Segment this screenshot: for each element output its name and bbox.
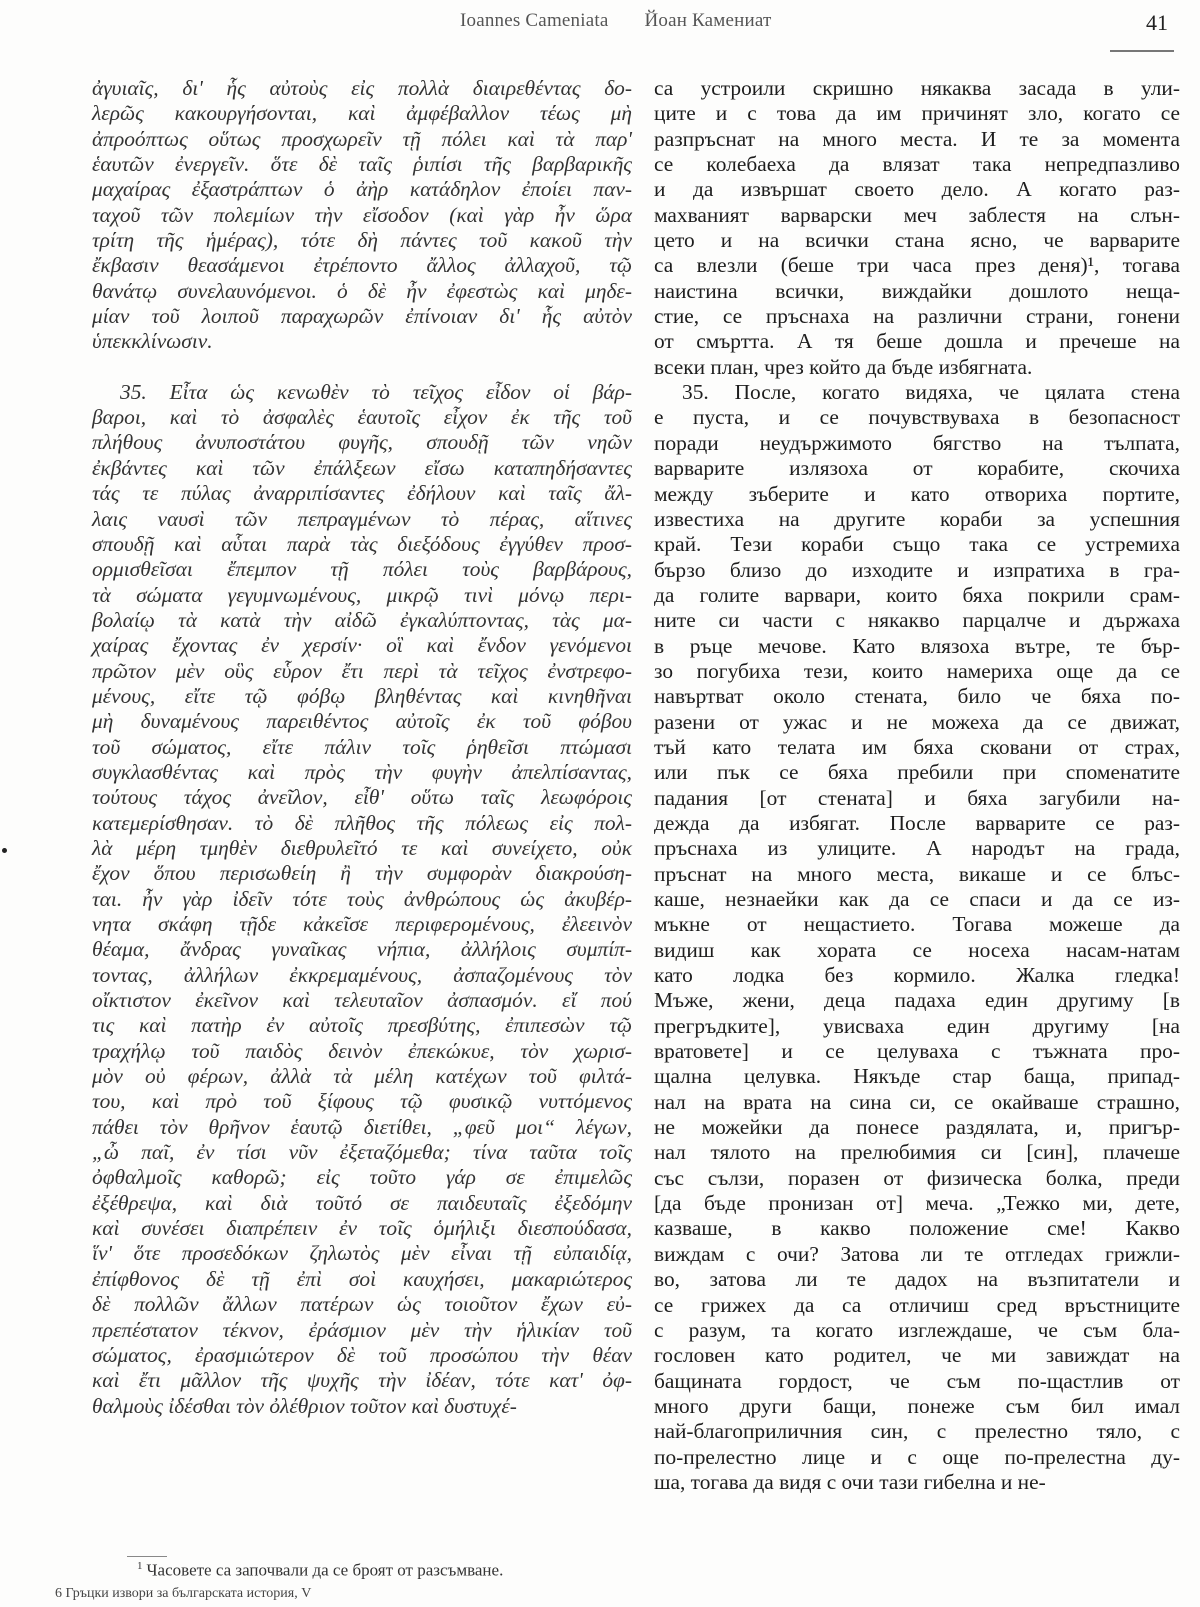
text-line: разени от ужас и не можеха да се движат, bbox=[654, 710, 1180, 735]
text-line: са влезли (беше три часа през деня)¹, то… bbox=[654, 253, 1180, 278]
text-line: [да бъде пронизан от] меча. „Тежко ми, д… bbox=[654, 1191, 1180, 1216]
text-line: по-прелестно лице и с още по-прелестна д… bbox=[654, 1445, 1180, 1470]
text-line: край. Тези кораби също така се устремиха bbox=[654, 532, 1180, 557]
text-line: да голите варвари, които бяха покрили ср… bbox=[654, 583, 1180, 608]
text-line: видиш как хората се носеха насам-натам bbox=[654, 938, 1180, 963]
paragraph-gap bbox=[92, 355, 632, 380]
text-line: τούτους τάχος ἀνεῖλον, εἶθ' οὕτω ταῖς λε… bbox=[92, 785, 632, 810]
text-line: 35. Εἶτα ὡς κενωθὲν τὸ τεῖχος εἶδον οἱ β… bbox=[92, 380, 632, 405]
text-line: разпръснат на много места. И те за момен… bbox=[654, 127, 1180, 152]
text-line: вратовете] и се целуваха с тъжната про- bbox=[654, 1039, 1180, 1064]
text-line: τὰ σώματα γεγυμνωμένους, μικρῷ τινὶ μόνῳ… bbox=[92, 583, 632, 608]
text-line: τοντας, ἀλλήλων ἐκκρεμαμένους, ἀσπαζομέν… bbox=[92, 963, 632, 988]
text-line: нал на врата на сина си, се окайваше стр… bbox=[654, 1090, 1180, 1115]
text-line: стие, се пръснаха на различни страни, го… bbox=[654, 304, 1180, 329]
text-line: ται. ἦν γὰρ ἰδεῖν τότε τοὺς ἀνθρώπους ὡς… bbox=[92, 887, 632, 912]
running-head-cyrillic: Йоан Камениат bbox=[644, 10, 771, 31]
text-line: „ὦ παῖ, ἐν τίσι νῦν ἐξεταζόμεθα; τίνα τα… bbox=[92, 1140, 632, 1165]
text-line: ἔκβασιν θεασάμενοι ἐτρέποντο ἄλλος ἀλλαχ… bbox=[92, 253, 632, 278]
running-head: Ioannes CameniataЙоан Камениат bbox=[460, 10, 808, 32]
text-line: мъкне от нещастието. Тогава можеше да bbox=[654, 912, 1180, 937]
text-line: 35. После, когато видяха, че цялата стен… bbox=[654, 380, 1180, 405]
text-line: най-благоприличния син, с прелестно тяло… bbox=[654, 1419, 1180, 1444]
text-line: дежда да избягат. После варварите се раз… bbox=[654, 811, 1180, 836]
text-line: ὑπεκκλίνωσιν. bbox=[92, 329, 632, 354]
text-line: каше, незнаейки как да се спаси и да се … bbox=[654, 887, 1180, 912]
page-header: Ioannes CameniataЙоан Камениат 41 bbox=[0, 8, 1200, 38]
text-line: между зъберите и като отвориха портите, bbox=[654, 482, 1180, 507]
text-line: λαις ναυσὶ τῶν πεπραγμένων τὸ πέρας, αἵτ… bbox=[92, 507, 632, 532]
text-line: са устроили скришно някаква засада в ули… bbox=[654, 76, 1180, 101]
text-line: καὶ συνέσει διαπρέπειν ἐν τοῖς ὁμήλιξι δ… bbox=[92, 1216, 632, 1241]
footnote-marker: 1 bbox=[137, 1560, 143, 1572]
greek-paragraph-35: 35. Εἶτα ὡς κενωθὲν τὸ τεῖχος εἶδον οἱ β… bbox=[92, 380, 632, 1419]
text-line: пръснат на много места, викаше и се блъс… bbox=[654, 862, 1180, 887]
text-line: прегръдките], увисваха един другиму [на bbox=[654, 1014, 1180, 1039]
text-line: или пък се бяха пребили при споменатите bbox=[654, 760, 1180, 785]
text-line: не можейки да понесе раздялата, и, пригъ… bbox=[654, 1115, 1180, 1140]
text-line: навъртват около стената, било че бяха по… bbox=[654, 684, 1180, 709]
text-line: πάθει τὸν θρῆνον ἑαυτῷ διετίθει, „φεῦ μο… bbox=[92, 1115, 632, 1140]
bulgarian-paragraph-34-end: са устроили скришно някаква засада в ули… bbox=[654, 76, 1180, 380]
text-line: τάς τε πύλας ἀναρριπίσαντες ἐδήλουν καὶ … bbox=[92, 481, 632, 506]
text-line: от смъртта. А тя беше дошла и пречеше на bbox=[654, 329, 1180, 354]
text-line: ἀγυιαῖς, δι' ἧς αὐτοὺς εἰς πολλὰ διαιρεθ… bbox=[92, 76, 632, 101]
text-line: със сълзи, поразен от физическа болка, п… bbox=[654, 1166, 1180, 1191]
text-line: Мъже, жени, деца падаха един другиму [в bbox=[654, 988, 1180, 1013]
text-line: μὴ δυναμένους παρειθέντος αὐτοῖς ἐκ τοῦ … bbox=[92, 709, 632, 734]
text-line: в ръце мечове. Като влязоха вътре, те бъ… bbox=[654, 634, 1180, 659]
text-line: ἐξέθρεψα, καὶ διὰ τοῦτό σε παιδευταῖς ἐξ… bbox=[92, 1191, 632, 1216]
text-line: δὲ πολλῶν ἄλλων πατέρων ὡς τοιοῦτον ἔχων… bbox=[92, 1292, 632, 1317]
text-line: μὸν οὐ φέρων, ἀλλὰ τὰ μέλη κατέχων τοῦ φ… bbox=[92, 1064, 632, 1089]
page-number: 41 bbox=[1146, 10, 1168, 36]
text-line: и да извършат своето дело. А когато раз- bbox=[654, 177, 1180, 202]
text-line: ἑαυτῶν ἐνεργεῖν. ὅτε δὲ ταῖς ῥιπίσι τῆς … bbox=[92, 152, 632, 177]
text-line: ните си части с някакво парцалче и държа… bbox=[654, 608, 1180, 633]
text-line: зо погубиха тези, които намериха още да … bbox=[654, 659, 1180, 684]
text-line: е пуста, и се почувствуваха в безопаснос… bbox=[654, 405, 1180, 430]
running-head-latin: Ioannes Cameniata bbox=[460, 10, 608, 31]
text-line: σώματος, ἐρασμιώτερον δὲ τοῦ προσώπου τὴ… bbox=[92, 1343, 632, 1368]
text-line: νητα σκάφη τῇδε κἀκεῖσε περιφερομένους, … bbox=[92, 912, 632, 937]
bulgarian-text-column: са устроили скришно някаква засада в ули… bbox=[654, 76, 1180, 1495]
text-line: като лодка без кормило. Жалка гледка! bbox=[654, 963, 1180, 988]
text-line: τις καὶ πατὴρ ἐν αὐτοῖς πρεσβύτης, ἐπιπε… bbox=[92, 1013, 632, 1038]
text-line: καὶ ἔτι μᾶλλον τῆς ψυχῆς τὴν ἰδέαν, τότε… bbox=[92, 1368, 632, 1393]
text-line: цето и на всички стана ясно, че варварит… bbox=[654, 228, 1180, 253]
text-line: много други бащи, понеже съм бил имал bbox=[654, 1394, 1180, 1419]
text-line: ἀπροόπτως οὕτως προσχωρεῖν τῇ πόλει καὶ … bbox=[92, 127, 632, 152]
text-line: τραχήλῳ τοῦ παιδὸς δεινὸν ἐπεκώκυε, τὸν … bbox=[92, 1039, 632, 1064]
greek-paragraph-34-end: ἀγυιαῖς, δι' ἧς αὐτοὺς εἰς πολλὰ διαιρεθ… bbox=[92, 76, 632, 355]
text-line: бързо близо до изходите и изпратиха в гр… bbox=[654, 558, 1180, 583]
text-line: πρῶτον μὲν οὓς εὗρον ἔτι περὶ τὰ τεῖχος … bbox=[92, 659, 632, 684]
text-line: всеки план, чрез който да бъде избягната… bbox=[654, 355, 1180, 380]
text-line: казваше, в какво положение сме! Какво bbox=[654, 1216, 1180, 1241]
text-line: махваният варварски меч заблестя на слън… bbox=[654, 203, 1180, 228]
text-line: θέαμα, ἄνδρας γυναῖκας νήπια, ἀλλήλοις σ… bbox=[92, 937, 632, 962]
text-line: μένους, εἴτε τῷ φόβῳ βληθέντας καὶ κινηθ… bbox=[92, 684, 632, 709]
text-line: τοῦ σώματος, εἴτε πάλιν τοῖς ῥηθεῖσι πτώ… bbox=[92, 735, 632, 760]
text-line: ἵν' ὅτε προσεδόκων ζηλωτὸς μὲν εἶναι τῇ … bbox=[92, 1241, 632, 1266]
text-line: πρεπέστατον τέκνον, ἐράσμιον μὲν τὴν ἡλι… bbox=[92, 1318, 632, 1343]
text-line: χαίρας ἔχοντας ἐν χερσίν· οἳ καὶ ἔνδον γ… bbox=[92, 633, 632, 658]
text-line: ἐκβάντες καὶ τῶν ἐπάλξεων εἴσω καταπηδήσ… bbox=[92, 456, 632, 481]
text-line: του, καὶ πρὸ τοῦ ξίφους τῷ φυσικῷ νυττόμ… bbox=[92, 1089, 632, 1114]
text-line: λερῶς κακουργήσονται, καὶ ἀμφέβαλλον τέω… bbox=[92, 101, 632, 126]
text-line: τρίτη τῆς ἡμέρας), τότε δὴ πάντες τοῦ κα… bbox=[92, 228, 632, 253]
text-line: се колебаеха да влязат така непредпазлив… bbox=[654, 152, 1180, 177]
text-line: ἐπίφθονος δὲ τῇ ἐπὶ σοὶ καυχήσει, μακαρι… bbox=[92, 1267, 632, 1292]
text-line: θανάτῳ συνελαυνόμενοι. ὁ δὲ ἦν ἐφεστὼς κ… bbox=[92, 279, 632, 304]
text-line: πλήθους ἀνυποστάτου φυγῆς, σπουδῇ τῶν νη… bbox=[92, 430, 632, 455]
text-line: гословен като родител, че ми завиждат на bbox=[654, 1343, 1180, 1368]
text-line: щална целувка. Някъде стар баща, припад- bbox=[654, 1064, 1180, 1089]
header-rule bbox=[1110, 50, 1174, 52]
text-line: λὰ μέρη τμηθὲν διεθρυλεῖτό τε καὶ συνείχ… bbox=[92, 836, 632, 861]
footnote: 1Часовете са започвали да се броят от ра… bbox=[137, 1560, 503, 1581]
text-line: ὀφθαλμοῖς καθορῶ; εἰς τοῦτο γάρ σε ἐπιμε… bbox=[92, 1165, 632, 1190]
text-line: βολαίῳ τὰ κατὰ τὴν αἰδῶ ἐγκαλύπτοντας, τ… bbox=[92, 608, 632, 633]
text-line: βαροι, καὶ τὸ ἀσφαλὲς ἑαυτοῖς εἶχον ἐκ τ… bbox=[92, 405, 632, 430]
text-line: тъй като телата им бяха сковани от страх… bbox=[654, 735, 1180, 760]
text-line: μαχαίρας ἐξαστράπτων ὁ ἀὴρ κατάδηλον ἐπο… bbox=[92, 177, 632, 202]
footnote-rule bbox=[127, 1556, 167, 1557]
text-line: поради неудържимото бягство на тълпата, bbox=[654, 431, 1180, 456]
text-line: с разум, та когато изглеждаше, че съм бл… bbox=[654, 1318, 1180, 1343]
text-line: бащината гордост, че съм по-щастлив от bbox=[654, 1369, 1180, 1394]
text-line: κατεμερίσθησαν. τὸ δὲ πλῆθος τῆς πόλεως … bbox=[92, 811, 632, 836]
text-line: наистина всички, виждайки дошлото нещa- bbox=[654, 279, 1180, 304]
text-line: ἔχον ὅπου περισωθείη ἢ τὴν συμφορὰν διακ… bbox=[92, 861, 632, 886]
text-line: се грижех да са отличиш сред връстниците bbox=[654, 1293, 1180, 1318]
scan-artifact bbox=[2, 848, 7, 853]
text-line: во, затова ли те дадох на възпитатели и bbox=[654, 1267, 1180, 1292]
text-line: θαλμοὺς ἰδέσθαι τὸν ὀλέθριον τοῦτον καὶ … bbox=[92, 1394, 632, 1419]
text-line: ταχοῦ τῶν πολεμίων τὴν εἴσοδον (καὶ γὰρ … bbox=[92, 203, 632, 228]
greek-text-column: ἀγυιαῖς, δι' ἧς αὐτοὺς εἰς πολλὰ διαιρεθ… bbox=[92, 76, 632, 1419]
text-line: συγκλασθέντας καὶ πρὸς τὴν φυγὴν ἀπελπίσ… bbox=[92, 760, 632, 785]
text-line: οἴκτιστον ἐκεῖνον καὶ τελευταῖον ἀσπασμό… bbox=[92, 988, 632, 1013]
text-line: пръснаха из улиците. А народът на града, bbox=[654, 836, 1180, 861]
text-line: известиха на другите кораби за успешния bbox=[654, 507, 1180, 532]
text-line: падания [от стената] и бяха загубили на- bbox=[654, 786, 1180, 811]
text-line: μίαν τοῦ λοιποῦ παραχωρῶν ἐπίνοιαν δι' ἧ… bbox=[92, 304, 632, 329]
text-line: варварите излязоха от корабите, скочиха bbox=[654, 456, 1180, 481]
text-line: ша, тогава да видя с очи тази гибелна и … bbox=[654, 1470, 1180, 1495]
text-line: ците и с това да им причинят зло, когато… bbox=[654, 101, 1180, 126]
book-page: Ioannes CameniataЙоан Камениат 41 ἀγυιαῖ… bbox=[0, 0, 1200, 1607]
footnote-text: Часовете са започвали да се броят от раз… bbox=[147, 1561, 504, 1580]
text-line: виждам с очи? Затова ли те отгледах гриж… bbox=[654, 1242, 1180, 1267]
bulgarian-paragraph-35: 35. После, когато видяха, че цялата стен… bbox=[654, 380, 1180, 1495]
text-line: ορμισθεῖσαι ἔπεμπον τῇ πόλει τοὺς βαρβάρ… bbox=[92, 557, 632, 582]
text-line: нал тялото на прелюбимия си [син], плаче… bbox=[654, 1140, 1180, 1165]
text-line: σπουδῇ καὶ αὗται παρὰ τὰς διεξόδους ἐγγύ… bbox=[92, 532, 632, 557]
printer-signature: 6 Гръцки извори за българската история, … bbox=[55, 1586, 311, 1602]
